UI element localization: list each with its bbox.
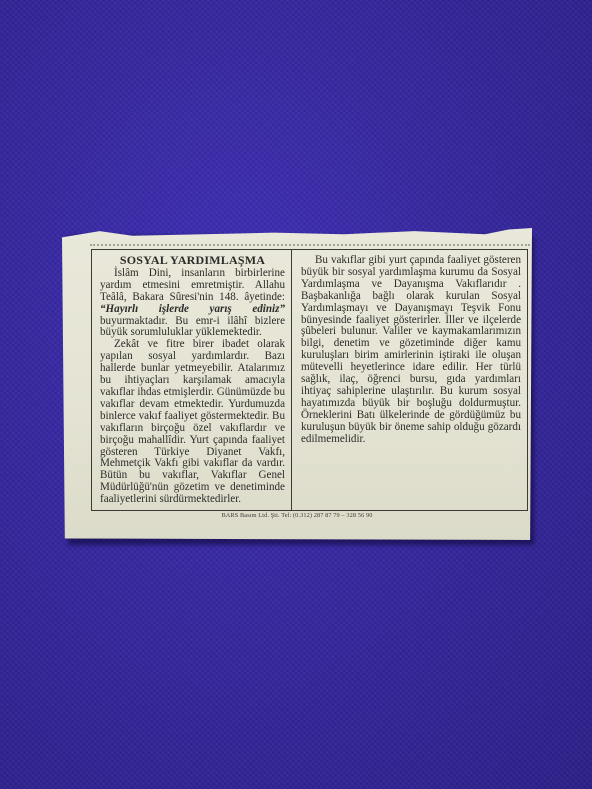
paragraph-2: Zekât ve fitre birer ibadet olarak yapıl…	[100, 339, 285, 506]
article-frame: SOSYAL YARDIMLAŞMA İslâm Dini, insanları…	[91, 249, 528, 511]
paragraph-1-text: İslâm Dini, insanların birbirlerine yard…	[100, 267, 285, 303]
printer-footer: BARS Basım Ltd. Şti. Tel: (0.312) 287 87…	[62, 512, 532, 519]
paragraph-1-text-end: buyurmaktadır. Bu emr-i ilâhî bizlere bü…	[100, 315, 285, 339]
left-column: SOSYAL YARDIMLAŞMA İslâm Dini, insanları…	[92, 250, 292, 510]
article-title: SOSYAL YARDIMLAŞMA	[100, 255, 285, 267]
right-column: Bu vakıflar gibi yurt çapında faaliyet g…	[292, 250, 527, 510]
paragraph-3: Bu vakıflar gibi yurt çapında faaliyet g…	[301, 255, 521, 446]
paragraph-1: İslâm Dini, insanların birbirlerine yard…	[100, 268, 285, 339]
quote: “Hayırlı işlerde yarış ediniz”	[100, 303, 285, 315]
